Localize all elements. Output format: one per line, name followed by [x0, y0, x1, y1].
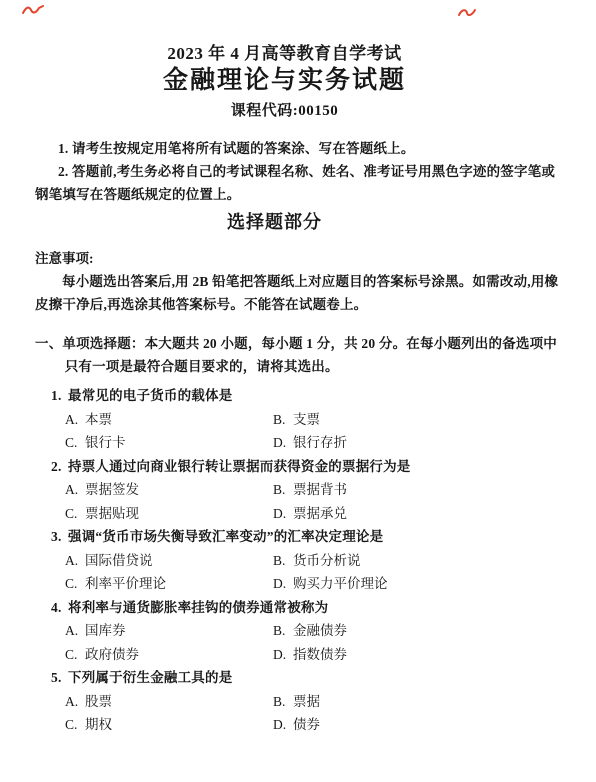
- option-label: D.: [273, 502, 293, 526]
- question-text: 将利率与通货膨胀率挂钩的债券通常被称为: [68, 596, 328, 620]
- option: B. 货币分析说: [273, 549, 566, 573]
- option-text: 国库券: [85, 619, 126, 643]
- option-text: 国际借贷说: [85, 549, 153, 573]
- options-grid: A. 国际借贷说 B. 货币分析说 C. 利率平价理论 D. 购买力平价理论: [65, 549, 566, 596]
- option: D. 银行存折: [273, 431, 566, 455]
- option: A. 本票: [65, 408, 273, 432]
- question-text: 最常见的电子货币的载体是: [68, 384, 232, 408]
- option: D. 指数债券: [273, 643, 566, 667]
- question-stem: 5. 下列属于衍生金融工具的是: [35, 666, 566, 690]
- option-label: A.: [65, 619, 85, 643]
- question-stem: 2. 持票人通过向商业银行转让票据而获得资金的票据行为是: [35, 455, 566, 479]
- option-text: 票据: [293, 690, 320, 714]
- exam-paper-page: 2023 年 4 月高等教育自学考试 金融理论与实务试题 课程代码:00150 …: [0, 0, 596, 782]
- question-item: 2. 持票人通过向商业银行转让票据而获得资金的票据行为是 A. 票据签发 B. …: [35, 455, 566, 526]
- question-stem: 4. 将利率与通货膨胀率挂钩的债券通常被称为: [35, 596, 566, 620]
- option-label: D.: [273, 431, 293, 455]
- question-item: 3. 强调“货币市场失衡导致汇率变动”的汇率决定理论是 A. 国际借贷说 B. …: [35, 525, 566, 596]
- general-instructions: 1. 请考生按规定用笔将所有试题的答案涂、写在答题纸上。 2. 答题前,考生务必…: [35, 137, 566, 206]
- option-text: 支票: [293, 408, 320, 432]
- option: A. 票据签发: [65, 478, 273, 502]
- option-text: 购买力平价理论: [293, 572, 388, 596]
- question-number: 1.: [51, 384, 68, 408]
- option-text: 利率平价理论: [85, 572, 166, 596]
- option-label: C.: [65, 502, 85, 526]
- option-label: B.: [273, 478, 293, 502]
- option-label: C.: [65, 431, 85, 455]
- question-number: 2.: [51, 455, 68, 479]
- question-list: 1. 最常见的电子货币的载体是 A. 本票 B. 支票 C. 银行卡 D. 银行…: [35, 384, 566, 737]
- question-stem: 3. 强调“货币市场失衡导致汇率变动”的汇率决定理论是: [35, 525, 566, 549]
- option: A. 股票: [65, 690, 273, 714]
- option: B. 金融债券: [273, 619, 566, 643]
- option-text: 股票: [85, 690, 112, 714]
- options-grid: A. 票据签发 B. 票据背书 C. 票据贴现 D. 票据承兑: [65, 478, 566, 525]
- option-text: 指数债券: [293, 643, 347, 667]
- red-ink-mark-right: [457, 6, 477, 20]
- option-text: 货币分析说: [293, 549, 361, 573]
- option-text: 政府债券: [85, 643, 139, 667]
- option-text: 本票: [85, 408, 112, 432]
- part-one-heading: 一、单项选择题：本大题共 20 小题，每小题 1 分，共 20 分。在每小题列出…: [35, 332, 566, 378]
- option-label: B.: [273, 408, 293, 432]
- option-text: 票据签发: [85, 478, 139, 502]
- option: C. 期权: [65, 713, 273, 737]
- option-label: D.: [273, 643, 293, 667]
- option: A. 国库券: [65, 619, 273, 643]
- option-label: A.: [65, 478, 85, 502]
- option-text: 债券: [293, 713, 320, 737]
- option: B. 票据背书: [273, 478, 566, 502]
- question-item: 4. 将利率与通货膨胀率挂钩的债券通常被称为 A. 国库券 B. 金融债券 C.…: [35, 596, 566, 667]
- red-ink-mark-left: [21, 3, 45, 18]
- options-grid: A. 国库券 B. 金融债券 C. 政府债券 D. 指数债券: [65, 619, 566, 666]
- option: C. 利率平价理论: [65, 572, 273, 596]
- exam-title: 金融理论与实务试题: [35, 66, 534, 96]
- option-label: C.: [65, 713, 85, 737]
- option-label: A.: [65, 549, 85, 573]
- option: C. 政府债券: [65, 643, 273, 667]
- options-grid: A. 股票 B. 票据 C. 期权 D. 债券: [65, 690, 566, 737]
- option: C. 票据贴现: [65, 502, 273, 526]
- option: C. 银行卡: [65, 431, 273, 455]
- option-text: 期权: [85, 713, 112, 737]
- option-text: 票据承兑: [293, 502, 347, 526]
- option-label: C.: [65, 572, 85, 596]
- option: B. 支票: [273, 408, 566, 432]
- option-label: A.: [65, 408, 85, 432]
- question-text: 强调“货币市场失衡导致汇率变动”的汇率决定理论是: [68, 525, 383, 549]
- question-number: 5.: [51, 666, 68, 690]
- exam-header: 2023 年 4 月高等教育自学考试 金融理论与实务试题 课程代码:00150: [35, 44, 534, 120]
- option-label: D.: [273, 572, 293, 596]
- option: B. 票据: [273, 690, 566, 714]
- option-label: A.: [65, 690, 85, 714]
- option: D. 购买力平价理论: [273, 572, 566, 596]
- notice-label: 注意事项:: [35, 247, 566, 270]
- question-number: 3.: [51, 525, 68, 549]
- question-item: 5. 下列属于衍生金融工具的是 A. 股票 B. 票据 C. 期权 D. 债券: [35, 666, 566, 737]
- option: D. 票据承兑: [273, 502, 566, 526]
- question-text: 持票人通过向商业银行转让票据而获得资金的票据行为是: [68, 455, 411, 479]
- option-text: 金融债券: [293, 619, 347, 643]
- option-text: 银行存折: [293, 431, 347, 455]
- option: D. 债券: [273, 713, 566, 737]
- question-item: 1. 最常见的电子货币的载体是 A. 本票 B. 支票 C. 银行卡 D. 银行…: [35, 384, 566, 455]
- question-text: 下列属于衍生金融工具的是: [68, 666, 232, 690]
- option-text: 票据贴现: [85, 502, 139, 526]
- option-label: B.: [273, 549, 293, 573]
- options-grid: A. 本票 B. 支票 C. 银行卡 D. 银行存折: [65, 408, 566, 455]
- section-heading: 选择题部分: [35, 210, 514, 234]
- option-label: B.: [273, 619, 293, 643]
- option-label: D.: [273, 713, 293, 737]
- exam-session-line: 2023 年 4 月高等教育自学考试: [35, 44, 534, 64]
- question-number: 4.: [51, 596, 68, 620]
- option: A. 国际借贷说: [65, 549, 273, 573]
- option-text: 票据背书: [293, 478, 347, 502]
- question-stem: 1. 最常见的电子货币的载体是: [35, 384, 566, 408]
- course-code: 课程代码:00150: [35, 102, 534, 120]
- option-text: 银行卡: [85, 431, 126, 455]
- option-label: C.: [65, 643, 85, 667]
- option-label: B.: [273, 690, 293, 714]
- instruction-item-2: 2. 答题前,考生务必将自己的考试课程名称、姓名、准考证号用黑色字迹的签字笔或钢…: [35, 160, 566, 206]
- instruction-item-1: 1. 请考生按规定用笔将所有试题的答案涂、写在答题纸上。: [35, 137, 566, 160]
- notice-body: 每小题选出答案后,用 2B 铅笔把答题纸上对应题目的答案标号涂黑。如需改动,用橡…: [35, 270, 566, 316]
